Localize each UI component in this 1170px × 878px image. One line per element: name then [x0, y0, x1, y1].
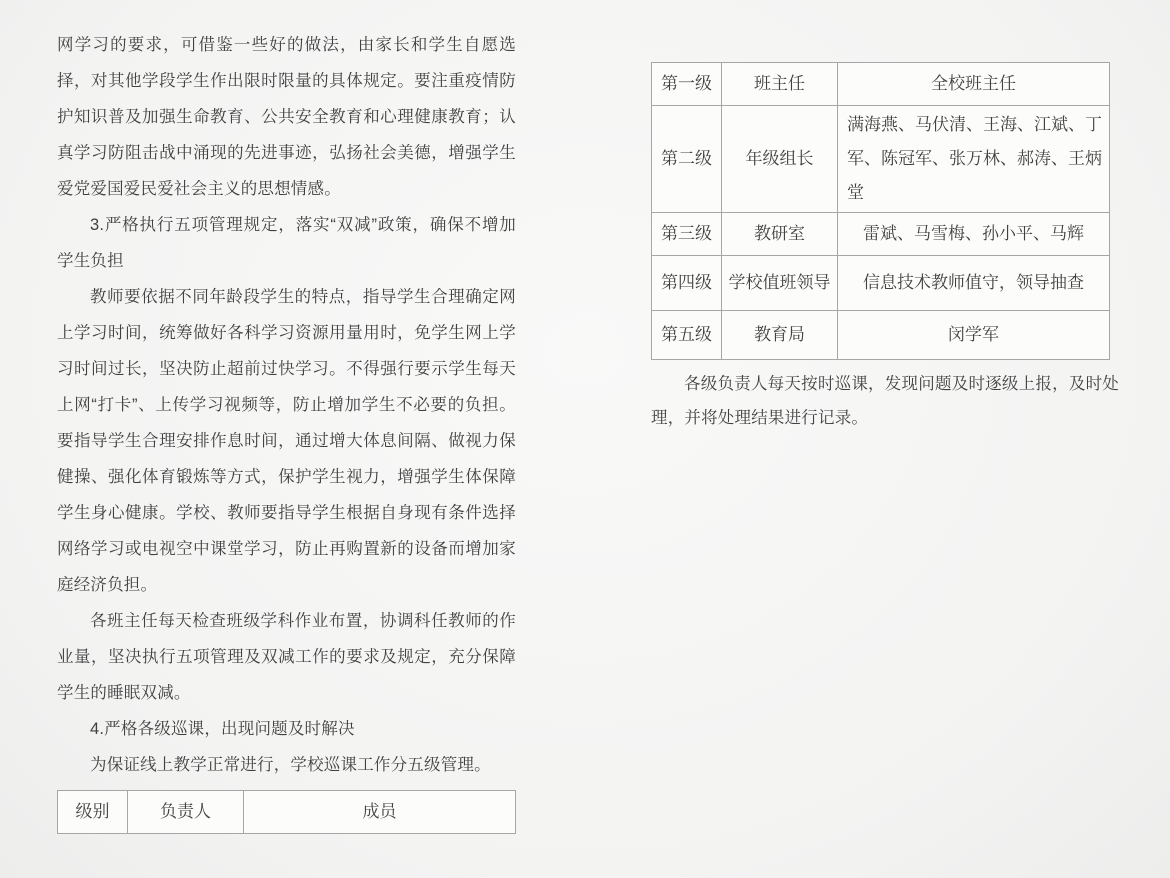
paragraph: 各班主任每天检查班级学科作业布置，协调科任教师的作业量，坚决执行五项管理及双减工…: [57, 603, 516, 711]
patrol-table-body: 第一级班主任全校班主任第二级年级组长满海燕、马伏清、王海、江斌、丁军、陈冠军、张…: [651, 62, 1110, 360]
document-canvas: 网学习的要求，可借鉴一些好的做法，由家长和学生自愿选择，对其他学段学生作出限时限…: [0, 0, 1170, 878]
document-photo: { "style": { "text_color": "#404040", "t…: [0, 0, 1170, 878]
table-cell: 第二级: [652, 106, 722, 213]
table-cell: 第五级: [652, 311, 722, 360]
paragraph: 教师要依据不同年龄段学生的特点，指导学生合理确定网上学习时间，统筹做好各科学习资…: [57, 279, 516, 603]
patrol-table-header: 级别 负责人 成员: [57, 790, 516, 834]
header-cell-members: 成员: [244, 791, 516, 834]
table-row: 第二级年级组长满海燕、马伏清、王海、江斌、丁军、陈冠军、张万林、郝涛、王炳堂: [652, 106, 1110, 213]
table-row: 第五级教育局闵学军: [652, 311, 1110, 360]
table-cell: 第一级: [652, 63, 722, 106]
table-cell: 教研室: [722, 213, 838, 256]
header-cell-level: 级别: [58, 791, 128, 834]
table-cell: 全校班主任: [838, 63, 1110, 106]
table-cell: 第四级: [652, 256, 722, 311]
paragraph: 4.严格各级巡课，出现问题及时解决: [57, 711, 516, 747]
paragraph: 网学习的要求，可借鉴一些好的做法，由家长和学生自愿选择，对其他学段学生作出限时限…: [57, 27, 516, 207]
table-cell: 信息技术教师值守，领导抽查: [838, 256, 1110, 311]
table-cell: 班主任: [722, 63, 838, 106]
left-page-text: 网学习的要求，可借鉴一些好的做法，由家长和学生自愿选择，对其他学段学生作出限时限…: [57, 27, 516, 783]
table-cell: 闵学军: [838, 311, 1110, 360]
header-cell-responsible: 负责人: [128, 791, 244, 834]
paragraph: 为保证线上教学正常进行，学校巡课工作分五级管理。: [57, 747, 516, 783]
table-cell: 学校值班领导: [722, 256, 838, 311]
table-cell: 第三级: [652, 213, 722, 256]
table-cell: 年级组长: [722, 106, 838, 213]
table-row: 第四级学校值班领导信息技术教师值守，领导抽查: [652, 256, 1110, 311]
paragraph: 3.严格执行五项管理规定，落实“双减”政策，确保不增加学生负担: [57, 207, 516, 279]
table-row: 第一级班主任全校班主任: [652, 63, 1110, 106]
table-cell: 雷斌、马雪梅、孙小平、马辉: [838, 213, 1110, 256]
table-header-row: 级别 负责人 成员: [58, 791, 516, 834]
page-left: 网学习的要求，可借鉴一些好的做法，由家长和学生自愿选择，对其他学段学生作出限时限…: [57, 27, 516, 834]
table-cell: 教育局: [722, 311, 838, 360]
closing-paragraph: 各级负责人每天按时巡课，发现问题及时逐级上报，及时处理，并将处理结果进行记录。: [651, 367, 1119, 435]
table-row: 第三级教研室雷斌、马雪梅、孙小平、马辉: [652, 213, 1110, 256]
levels-table-body: 第一级班主任全校班主任第二级年级组长满海燕、马伏清、王海、江斌、丁军、陈冠军、张…: [652, 63, 1110, 360]
table-cell: 满海燕、马伏清、王海、江斌、丁军、陈冠军、张万林、郝涛、王炳堂: [838, 106, 1110, 213]
page-right: 第一级班主任全校班主任第二级年级组长满海燕、马伏清、王海、江斌、丁军、陈冠军、张…: [651, 62, 1113, 435]
